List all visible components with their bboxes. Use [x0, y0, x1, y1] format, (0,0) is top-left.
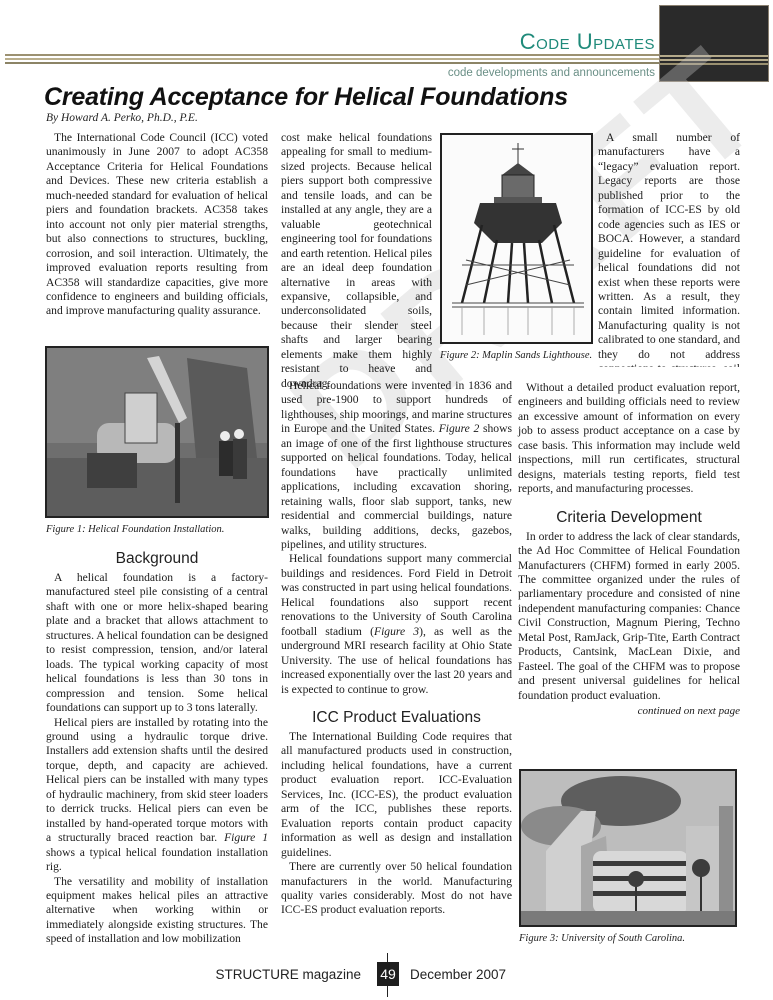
column-2-top: cost make helical foundations appealing … [281, 131, 432, 391]
section-subtitle: code developments and announcements [448, 67, 655, 79]
paragraph: Helical piers are installed by rotating … [46, 716, 268, 875]
paragraph: A helical foundation is a factory-manufa… [46, 571, 268, 716]
heading-icc-product-evaluations: ICC Product Evaluations [281, 709, 512, 727]
header-rule [5, 62, 769, 64]
column-1: The International Code Council (ICC) vot… [46, 131, 268, 319]
byline: By Howard A. Perko, Ph.D., P.E. [46, 112, 198, 124]
paragraph: A small number of manufacturers have a “… [598, 131, 740, 367]
paragraph: The versatility and mobility of installa… [46, 875, 268, 947]
issue-date: December 2007 [410, 967, 506, 982]
column-2-lower: Helical foundations were invented in 183… [281, 379, 512, 918]
section-title: Code Updates [520, 31, 655, 53]
paragraph: In order to address the lack of clear st… [518, 530, 740, 703]
column-3: A small number of manufacturers have a “… [598, 131, 740, 367]
column-1-lower: Background A helical foundation is a fac… [46, 544, 268, 947]
paragraph: Helical foundations support many commerc… [281, 552, 512, 697]
paragraph: The International Code Council (ICC) vot… [46, 131, 268, 319]
figure-1-caption: Figure 1: Helical Foundation Installatio… [46, 524, 224, 535]
figure-3-image [519, 769, 737, 927]
heading-background: Background [46, 550, 268, 568]
header-rule [5, 54, 769, 56]
magazine-name: STRUCTURE magazine [215, 967, 361, 982]
paragraph: The International Building Code requires… [281, 730, 512, 860]
figure-1-image [45, 346, 269, 518]
article-title: Creating Acceptance for Helical Foundati… [44, 83, 568, 112]
lighthouse-drawing-icon [442, 135, 591, 342]
excavator-photo-icon [47, 348, 267, 516]
header-dark-block [659, 5, 769, 82]
heading-criteria-development: Criteria Development [518, 509, 740, 527]
figure-2-caption: Figure 2: Maplin Sands Lighthouse. [440, 350, 592, 361]
paragraph: Helical foundations were invented in 183… [281, 379, 512, 552]
paragraph: cost make helical foundations appealing … [281, 131, 432, 391]
paragraph: Without a detailed product evaluation re… [518, 381, 740, 497]
figure-2-image [440, 133, 593, 344]
figure-3-caption: Figure 3: University of South Carolina. [519, 933, 685, 944]
continued-on-next-page: continued on next page [518, 704, 740, 718]
header-rule [5, 58, 769, 60]
column-3-lower: Without a detailed product evaluation re… [518, 381, 740, 719]
paragraph: There are currently over 50 helical foun… [281, 860, 512, 918]
page-footer: STRUCTURE magazine 49 December 2007 [0, 958, 773, 998]
page-number: 49 [377, 962, 399, 986]
header-rules [5, 54, 769, 64]
stadium-photo-icon [521, 771, 735, 925]
